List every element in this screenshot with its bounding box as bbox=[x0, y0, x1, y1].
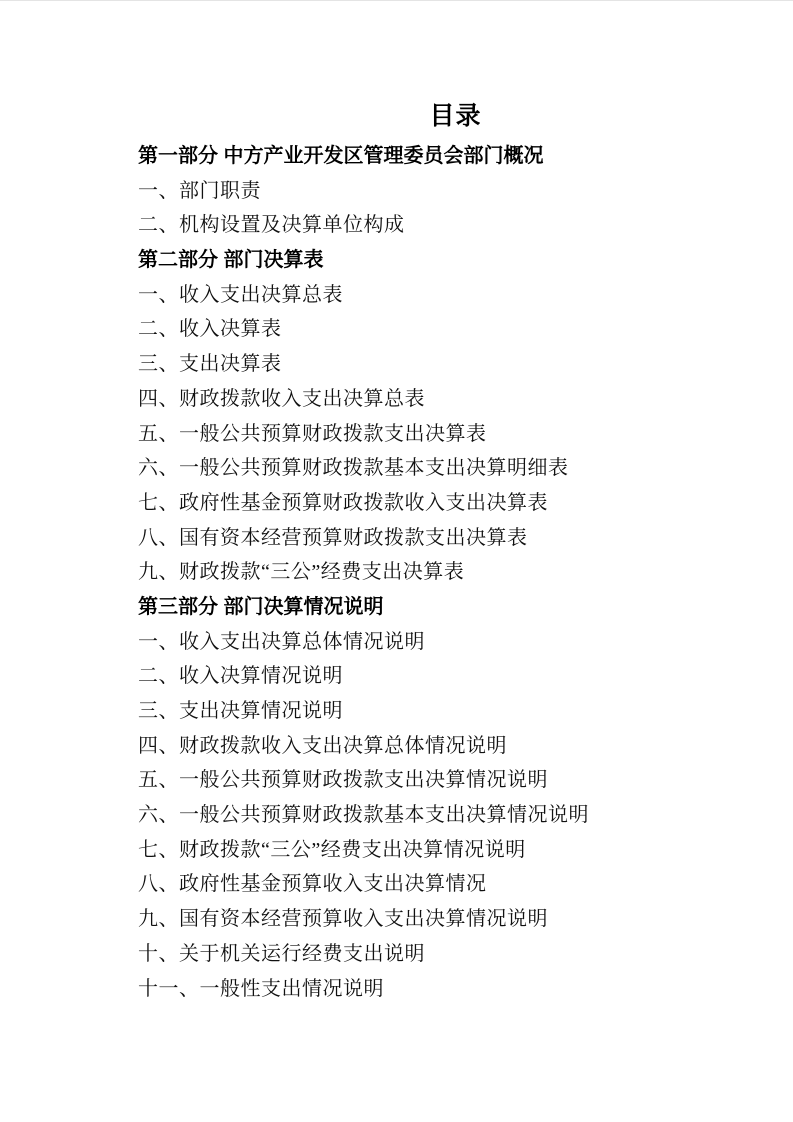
toc-entry: 一、收入支出决算总表 bbox=[138, 278, 693, 313]
section-3-heading: 第三部分 部门决算情况说明 bbox=[138, 590, 693, 625]
toc-entry: 十、关于机关运行经费支出说明 bbox=[138, 937, 693, 972]
toc-entry: 七、政府性基金预算财政拨款收入支出决算表 bbox=[138, 486, 693, 521]
toc-entry: 三、支出决算表 bbox=[138, 347, 693, 382]
toc-entry: 三、支出决算情况说明 bbox=[138, 694, 693, 729]
page-title: 目录 bbox=[178, 102, 733, 130]
toc-entry: 五、一般公共预算财政拨款支出决算表 bbox=[138, 417, 693, 452]
toc-entry: 二、机构设置及决算单位构成 bbox=[138, 208, 693, 243]
toc-entry: 一、收入支出决算总体情况说明 bbox=[138, 625, 693, 660]
section-2-heading: 第二部分 部门决算表 bbox=[138, 243, 693, 278]
toc-entry: 八、政府性基金预算收入支出决算情况 bbox=[138, 867, 693, 902]
toc-document: 目录 第一部分 中方产业开发区管理委员会部门概况 一、部门职责 二、机构设置及决… bbox=[0, 1, 793, 1122]
toc-entry: 四、财政拨款收入支出决算总表 bbox=[138, 382, 693, 417]
toc-entry: 七、财政拨款“三公”经费支出决算情况说明 bbox=[138, 833, 693, 868]
toc-entry: 四、财政拨款收入支出决算总体情况说明 bbox=[138, 729, 693, 764]
toc-entry: 二、收入决算表 bbox=[138, 312, 693, 347]
toc-entry: 九、国有资本经营预算收入支出决算情况说明 bbox=[138, 902, 693, 937]
toc-entry: 八、国有资本经营预算财政拨款支出决算表 bbox=[138, 521, 693, 556]
toc-entry: 二、收入决算情况说明 bbox=[138, 659, 693, 694]
toc-entry: 一、部门职责 bbox=[138, 174, 693, 209]
toc-entry: 十一、一般性支出情况说明 bbox=[138, 972, 693, 1007]
document-page: { "document": { "title": "目录" }, "sectio… bbox=[0, 0, 793, 1122]
section-1-heading: 第一部分 中方产业开发区管理委员会部门概况 bbox=[138, 139, 693, 174]
toc-entry: 九、财政拨款“三公”经费支出决算表 bbox=[138, 555, 693, 590]
toc-entry: 六、一般公共预算财政拨款基本支出决算明细表 bbox=[138, 451, 693, 486]
toc-entry: 五、一般公共预算财政拨款支出决算情况说明 bbox=[138, 763, 693, 798]
toc-entry: 六、一般公共预算财政拨款基本支出决算情况说明 bbox=[138, 798, 693, 833]
